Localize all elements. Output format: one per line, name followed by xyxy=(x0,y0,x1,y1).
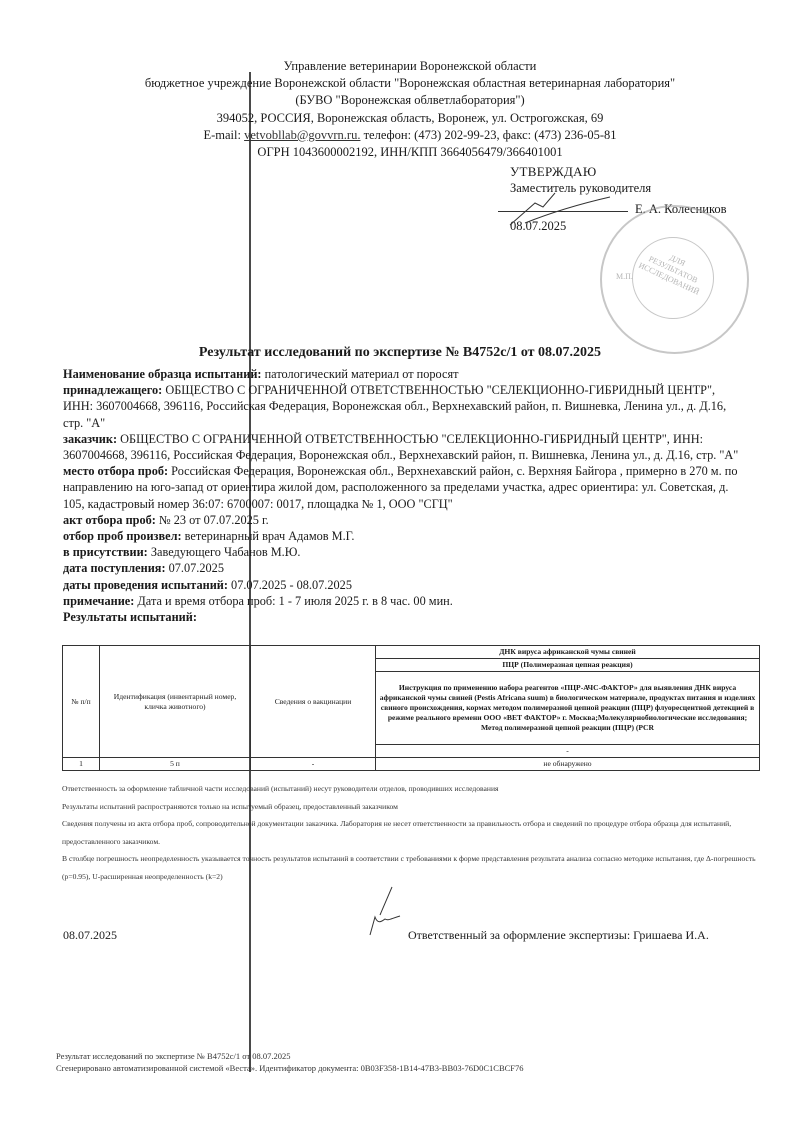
table-row: 1 5 п - не обнаружено xyxy=(63,758,760,771)
col-header-indicator: ДНК вируса африканской чумы свиней xyxy=(376,646,760,659)
disclaimer-notes: Ответственность за оформление табличной … xyxy=(62,780,762,885)
footer-date: 08.07.2025 xyxy=(63,928,117,943)
cell-identification: 5 п xyxy=(100,758,251,771)
results-table: № п/п Идентификация (инвентарный номер, … xyxy=(62,645,760,771)
footer-generated-id: Сгенерировано автоматизированной системо… xyxy=(56,1062,524,1074)
results-heading: Результаты испытаний: xyxy=(63,609,743,625)
stamp-mp: М.П. xyxy=(616,272,633,281)
field-sampling-act: акт отбора проб: № 23 от 07.07.2025 г. xyxy=(63,512,743,528)
document-footer: Результат исследований по экспертизе № В… xyxy=(56,1050,524,1074)
email-label: E-mail: xyxy=(203,128,241,142)
note-item: Результаты испытаний распространяются то… xyxy=(62,798,762,816)
header-authority: Управление ветеринарии Воронежской облас… xyxy=(100,58,720,75)
approver-signature-icon xyxy=(505,185,615,230)
cell-result: не обнаружено xyxy=(376,758,760,771)
field-receipt-date: дата поступления: 07.07.2025 xyxy=(63,560,743,576)
field-customer: заказчик: ОБЩЕСТВО С ОГРАНИЧЕННОЙ ОТВЕТС… xyxy=(63,431,743,463)
footer-reference: Результат исследований по экспертизе № В… xyxy=(56,1050,524,1062)
responsible-person: Ответственный за оформление экспертизы: … xyxy=(408,928,709,943)
header-address: 394052, РОССИЯ, Воронежская область, Вор… xyxy=(100,110,720,127)
header-contacts: E-mail: vetvobllab@govvrn.ru. телефон: (… xyxy=(100,127,720,144)
responsible-signature-icon xyxy=(350,885,410,940)
header-institution: бюджетное учреждение Воронежской области… xyxy=(100,75,720,92)
cell-vaccination: - xyxy=(251,758,376,771)
field-in-presence: в присутствии: Заведующего Чабанов М.Ю. xyxy=(63,544,743,560)
field-sample-name: Наименование образца испытаний: патологи… xyxy=(63,366,743,382)
header-short-name: (БУВО "Воронежская облветлаборатория") xyxy=(100,92,720,109)
phone-fax: телефон: (473) 202-99-23, факс: (473) 23… xyxy=(364,128,617,142)
document-title: Результат исследований по экспертизе № В… xyxy=(60,345,740,361)
field-test-dates: даты проведения испытаний: 07.07.2025 - … xyxy=(63,577,743,593)
official-stamp-icon: ДЛЯ РЕЗУЛЬТАТОВ ИССЛЕДОВАНИЙ М.П. xyxy=(600,205,749,354)
col-header-num: № п/п xyxy=(63,646,100,758)
note-item: Ответственность за оформление табличной … xyxy=(62,780,762,798)
note-item: Сведения получены из акта отбора проб, с… xyxy=(62,815,762,850)
cell-num: 1 xyxy=(63,758,100,771)
organization-header: Управление ветеринарии Воронежской облас… xyxy=(100,58,720,161)
col-header-identification: Идентификация (инвентарный номер, кличка… xyxy=(100,646,251,758)
col-header-vaccination: Сведения о вакцинации xyxy=(251,646,376,758)
field-owner: принадлежащего: ОБЩЕСТВО С ОГРАНИЧЕННОЙ … xyxy=(63,382,743,431)
col-header-method-doc: Инструкция по применению набора реагенто… xyxy=(376,672,760,745)
field-sampled-by: отбор проб произвел: ветеринарный врач А… xyxy=(63,528,743,544)
approval-title: УТВЕРЖДАЮ xyxy=(510,163,651,180)
col-header-unit: - xyxy=(376,745,760,758)
field-note: примечание: Дата и время отбора проб: 1 … xyxy=(63,593,743,609)
field-sampling-place: место отбора проб: Российская Федерация,… xyxy=(63,463,743,512)
email-link[interactable]: vetvobllab@govvrn.ru. xyxy=(244,128,360,142)
header-registration: ОГРН 1043600002192, ИНН/КПП 3664056479/3… xyxy=(100,144,720,161)
col-header-method-type: ПЦР (Полимеразная цепная реакция) xyxy=(376,659,760,672)
sample-details: Наименование образца испытаний: патологи… xyxy=(63,366,743,625)
note-item: В столбце погрешность неопределенность у… xyxy=(62,850,762,885)
